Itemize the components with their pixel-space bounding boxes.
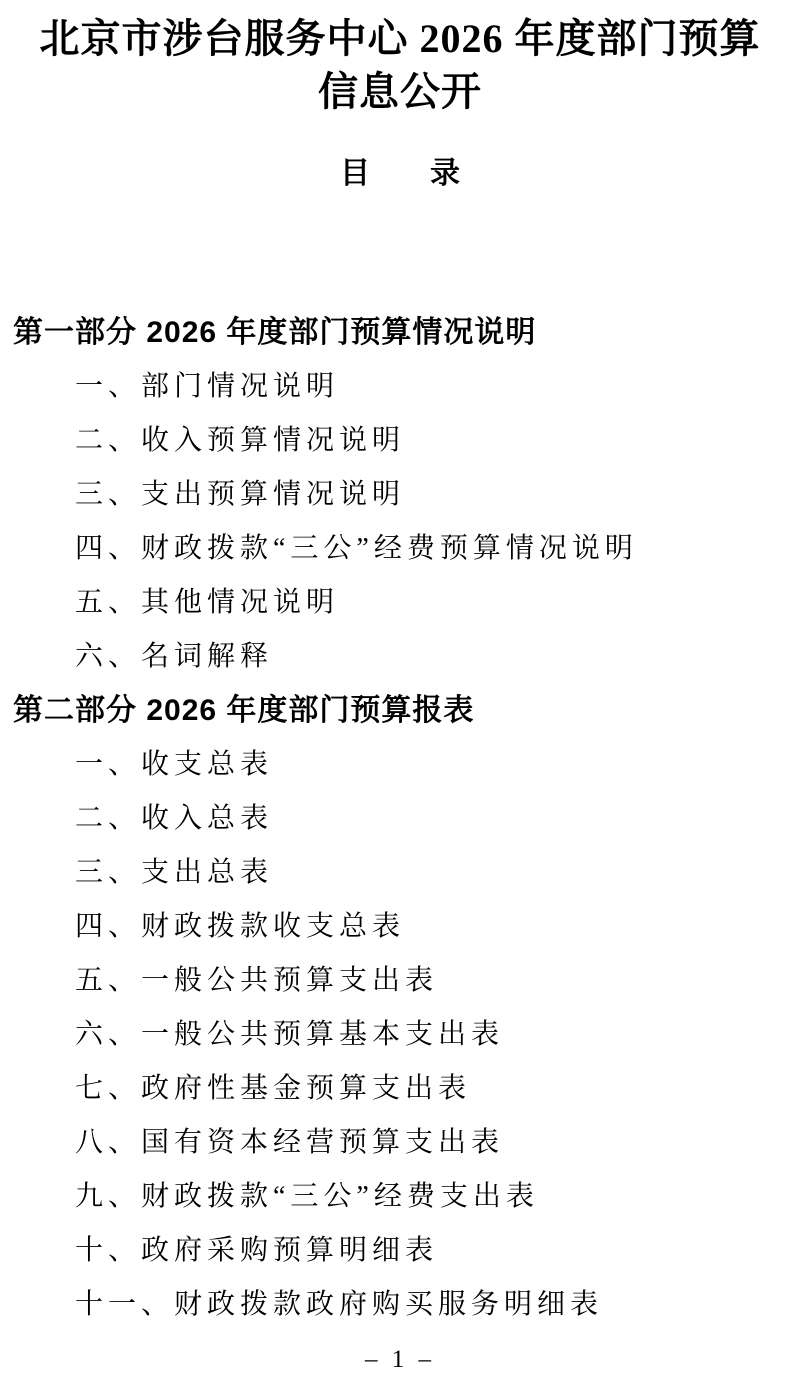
toc-item-1-1: 一、部门情况说明 — [10, 373, 790, 401]
section-part-1: 第一部分 2026 年度部门预算情况说明 一、部门情况说明 二、收入预算情况说明… — [10, 318, 790, 671]
section-part-2: 第二部分 2026 年度部门预算报表 一、收支总表 二、收入总表 三、支出总表 … — [10, 696, 790, 1319]
toc-item-2-10: 十、政府采购预算明细表 — [10, 1237, 790, 1265]
toc-item-1-4: 四、财政拨款“三公”经费预算情况说明 — [10, 535, 790, 563]
section-2-heading: 第二部分 2026 年度部门预算报表 — [10, 696, 790, 726]
toc-item-2-11: 十一、财政拨款政府购买服务明细表 — [10, 1291, 790, 1319]
section-1-heading: 第一部分 2026 年度部门预算情况说明 — [10, 318, 790, 348]
document-page: 北京市涉台服务中心 2026 年度部门预算 信息公开 目 录 第一部分 2026… — [0, 0, 800, 1381]
toc-item-2-9: 九、财政拨款“三公”经费支出表 — [10, 1183, 790, 1211]
page-number: – 1 – — [10, 1347, 790, 1373]
toc-item-1-2: 二、收入预算情况说明 — [10, 427, 790, 455]
document-title: 北京市涉台服务中心 2026 年度部门预算 信息公开 — [10, 12, 790, 118]
toc-item-2-5: 五、一般公共预算支出表 — [10, 967, 790, 995]
toc-item-2-4: 四、财政拨款收支总表 — [10, 913, 790, 941]
toc-item-1-6: 六、名词解释 — [10, 643, 790, 671]
toc-item-1-3: 三、支出预算情况说明 — [10, 481, 790, 509]
toc-item-2-6: 六、一般公共预算基本支出表 — [10, 1021, 790, 1049]
toc-item-2-2: 二、收入总表 — [10, 805, 790, 833]
toc-item-2-7: 七、政府性基金预算支出表 — [10, 1075, 790, 1103]
toc-item-2-3: 三、支出总表 — [10, 859, 790, 887]
document-title-line-1: 北京市涉台服务中心 2026 年度部门预算 — [10, 12, 790, 65]
toc-item-1-5: 五、其他情况说明 — [10, 589, 790, 617]
toc-item-2-8: 八、国有资本经营预算支出表 — [10, 1129, 790, 1157]
toc-heading: 目 录 — [10, 158, 790, 190]
toc-item-2-1: 一、收支总表 — [10, 751, 790, 779]
document-title-line-2: 信息公开 — [10, 65, 790, 118]
